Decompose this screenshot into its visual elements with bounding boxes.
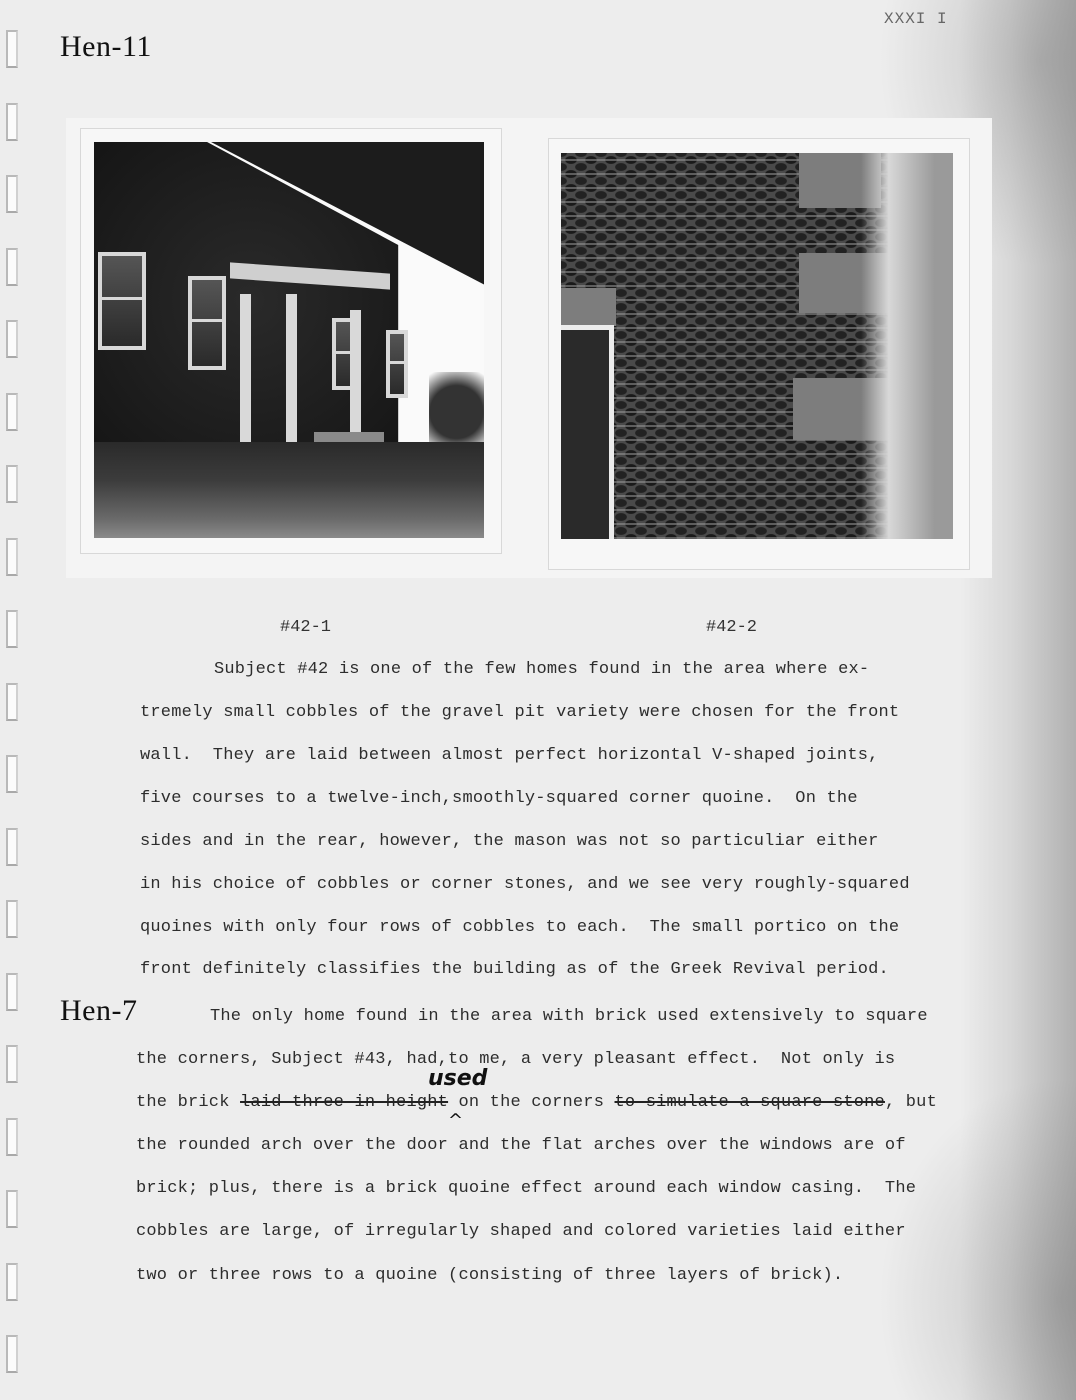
text-line: cobbles are large, of irregularly shaped… xyxy=(136,1222,906,1241)
light-glare xyxy=(861,153,953,539)
text-segment: , but xyxy=(885,1093,937,1112)
binder-hole xyxy=(6,1118,18,1156)
column xyxy=(240,294,251,444)
text-line: The only home found in the area with bri… xyxy=(210,1007,928,1026)
text-line: front definitely classifies the building… xyxy=(140,960,889,979)
text-line: tremely small cobbles of the gravel pit … xyxy=(140,703,899,722)
window xyxy=(188,276,226,370)
door-frame xyxy=(561,325,614,539)
binder-hole xyxy=(6,973,18,1011)
binder-hole xyxy=(6,320,18,358)
binder-hole xyxy=(6,30,18,68)
binder-hole xyxy=(6,900,18,938)
binder-hole xyxy=(6,248,18,286)
binder-hole xyxy=(6,103,18,141)
text-line: five courses to a twelve-inch,smoothly-s… xyxy=(140,789,858,808)
edited-text-line: the brick laid three in height on the co… xyxy=(136,1093,937,1112)
window xyxy=(386,330,408,398)
binder-hole xyxy=(6,610,18,648)
binder-hole xyxy=(6,1190,18,1228)
label-hen-11: Hen-11 xyxy=(60,30,152,64)
window xyxy=(98,252,146,350)
text-line: two or three rows to a quoine (consistin… xyxy=(136,1266,843,1285)
binder-hole xyxy=(6,1045,18,1083)
handwritten-insertion: used xyxy=(428,1066,487,1091)
struck-text: laid three in height xyxy=(240,1093,448,1112)
label-hen-7: Hen-7 xyxy=(60,994,137,1028)
cobblestone-wall-photo xyxy=(561,153,953,539)
text-line: brick; plus, there is a brick quoine eff… xyxy=(136,1179,916,1198)
binder-hole xyxy=(6,393,18,431)
column xyxy=(286,294,297,444)
text-line: in his choice of cobbles or corner stone… xyxy=(140,875,910,894)
binder-hole xyxy=(6,538,18,576)
binder-hole xyxy=(6,755,18,793)
photo-caption-2: #42-2 xyxy=(706,618,757,637)
text-line: quoines with only four rows of cobbles t… xyxy=(140,918,899,937)
binder-hole xyxy=(6,683,18,721)
quoin-stone xyxy=(561,288,616,326)
page-number: XXXI I xyxy=(884,10,948,28)
text-line: the rounded arch over the door and the f… xyxy=(136,1136,906,1155)
binder-hole xyxy=(6,465,18,503)
binder-hole xyxy=(6,175,18,213)
binder-hole xyxy=(6,1263,18,1301)
text-line: sides and in the rear, however, the maso… xyxy=(140,832,879,851)
binder-hole xyxy=(6,1335,18,1373)
struck-text: to simulate a square stone xyxy=(615,1093,885,1112)
photo-caption-1: #42-1 xyxy=(280,618,331,637)
text-line: the corners, Subject #43, had,to me, a v… xyxy=(136,1050,895,1069)
house-with-portico-photo xyxy=(94,142,484,538)
text-segment: on the corners xyxy=(448,1093,614,1112)
document-page: Hen-11 XXXI I #42-1 #42-2 Subject #42 is… xyxy=(0,0,1076,1400)
text-line: wall. They are laid between almost perfe… xyxy=(140,746,879,765)
column xyxy=(350,310,361,446)
lawn xyxy=(94,442,484,538)
text-segment: the brick xyxy=(136,1093,240,1112)
binder-hole xyxy=(6,828,18,866)
insertion-caret-mark: ^ xyxy=(448,1110,463,1131)
text-line: Subject #42 is one of the few homes foun… xyxy=(214,660,869,679)
